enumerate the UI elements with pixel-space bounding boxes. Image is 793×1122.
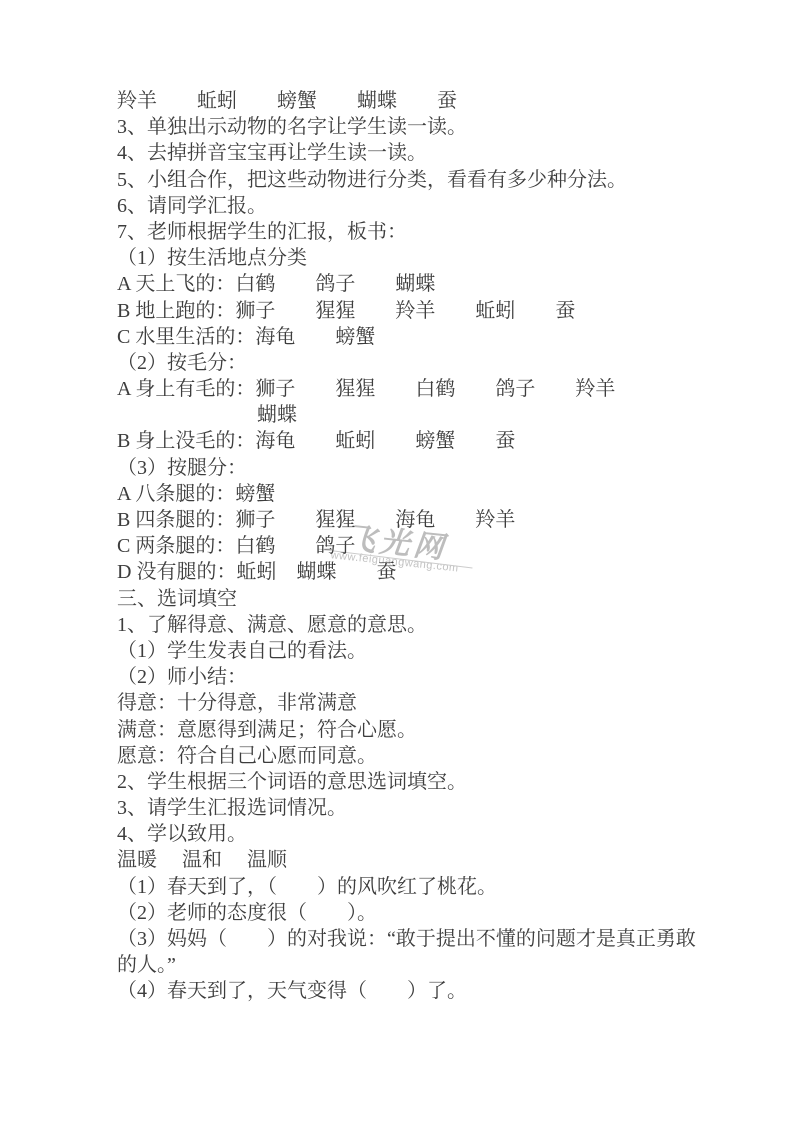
text-line-item-1-sub-1: （1）学生发表自己的看法。 (117, 638, 737, 664)
document-text: 羚羊 蚯蚓 螃蟹 蝴蝶 蚕 3、单独出示动物的名字让学生读一读。 4、去掉拼音宝… (117, 88, 737, 1005)
text-line-blank-3-cont: 的人。” (117, 952, 737, 978)
text-line-category-3-d: D 没有腿的：蚯蚓 蝴蝶 蚕 (117, 559, 737, 585)
text-line-blank-1: （1）春天到了，（ ）的风吹红了桃花。 (117, 874, 737, 900)
text-line-blank-3: （3）妈妈（ ）的对我说：“敢于提出不懂的问题才是真正勇敢 (117, 926, 737, 952)
text-line-definition-manyi: 满意：意愿得到满足；符合心愿。 (117, 717, 737, 743)
text-line-definition-deyi: 得意：十分得意，非常满意 (117, 690, 737, 716)
text-line-category-1-heading: （1）按生活地点分类 (117, 245, 737, 271)
text-line-step-5: 5、小组合作，把这些动物进行分类，看看有多少种分法。 (117, 167, 737, 193)
text-line-definition-yuanyi: 愿意：符合自己心愿而同意。 (117, 743, 737, 769)
text-line-category-1-a: A 天上飞的：白鹤 鸽子 蝴蝶 (117, 271, 737, 297)
text-line-item-2: 2、学生根据三个词语的意思选词填空。 (117, 769, 737, 795)
text-line-word-options: 温暖 温和 温顺 (117, 847, 737, 873)
text-line-blank-2: （2）老师的态度很（ ）。 (117, 900, 737, 926)
document-page: 飞光网 www.feiguangwang.com 羚羊 蚯蚓 螃蟹 蝴蝶 蚕 3… (0, 0, 793, 1122)
text-line-item-4: 4、学以致用。 (117, 821, 737, 847)
text-line-category-3-b: B 四条腿的：狮子 猩猩 海龟 羚羊 (117, 507, 737, 533)
text-line-blank-4: （4）春天到了，天气变得（ ）了。 (117, 978, 737, 1004)
text-line-step-4: 4、去掉拼音宝宝再让学生读一读。 (117, 140, 737, 166)
text-line-step-7: 7、老师根据学生的汇报，板书： (117, 219, 737, 245)
text-line-category-1-b: B 地上跑的：狮子 猩猩 羚羊 蚯蚓 蚕 (117, 298, 737, 324)
text-line-category-3-heading: （3）按腿分： (117, 455, 737, 481)
text-line-animal-list: 羚羊 蚯蚓 螃蟹 蝴蝶 蚕 (117, 88, 737, 114)
text-line-item-1: 1、了解得意、满意、愿意的意思。 (117, 612, 737, 638)
text-line-item-1-sub-2: （2）师小结： (117, 664, 737, 690)
text-line-category-3-a: A 八条腿的：螃蟹 (117, 481, 737, 507)
text-line-step-3: 3、单独出示动物的名字让学生读一读。 (117, 114, 737, 140)
text-line-item-3: 3、请学生汇报选词情况。 (117, 795, 737, 821)
text-line-category-2-b: B 身上没毛的：海龟 蚯蚓 螃蟹 蚕 (117, 428, 737, 454)
text-line-category-2-a-cont: 蝴蝶 (117, 402, 737, 428)
text-line-category-2-heading: （2）按毛分： (117, 350, 737, 376)
text-line-category-1-c: C 水里生活的：海龟 螃蟹 (117, 324, 737, 350)
text-line-section-3-heading: 三、选词填空 (117, 586, 737, 612)
text-line-step-6: 6、请同学汇报。 (117, 193, 737, 219)
text-line-category-3-c: C 两条腿的：白鹤 鸽子 (117, 533, 737, 559)
text-line-category-2-a: A 身上有毛的：狮子 猩猩 白鹤 鸽子 羚羊 (117, 376, 737, 402)
